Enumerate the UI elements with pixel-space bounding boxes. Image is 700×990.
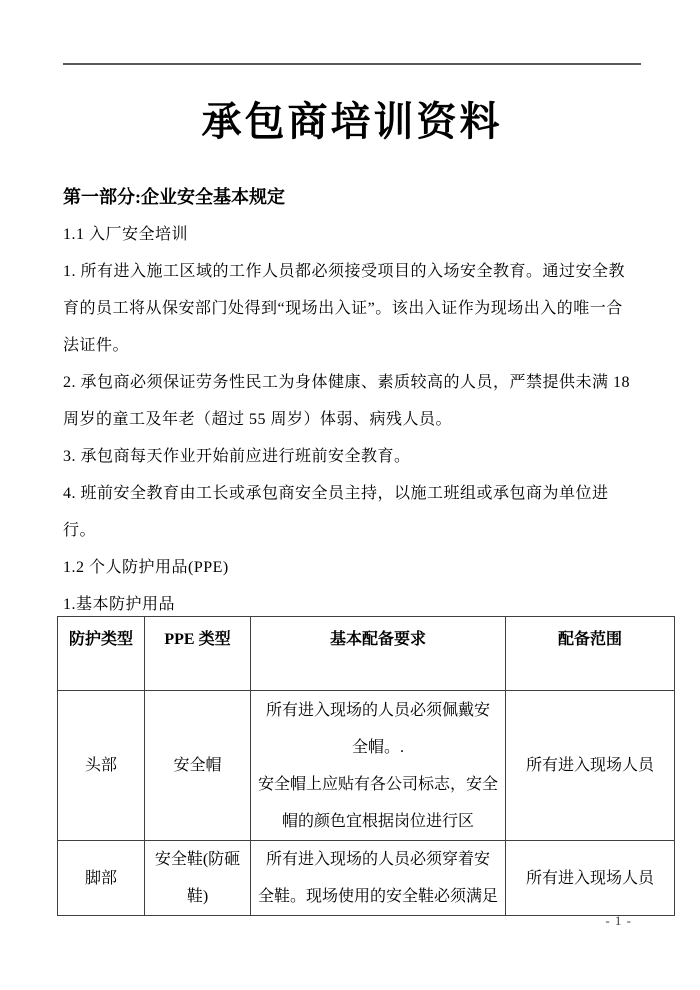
paragraph-entry-training-2: 2. 承包商必须保证劳务性民工为身体健康、素质较高的人员，严禁提供未满 18 周…: [63, 364, 641, 438]
table-cell-basic-requirements: 所有进入现场的人员必须佩戴安 全帽。. 安全帽上应贴有各公司标志，安全 帽的颜色…: [251, 691, 506, 841]
table-header-protection-type: 防护类型: [58, 617, 145, 691]
table-header-ppe-type: PPE 类型: [145, 617, 251, 691]
table-cell-protection-type: 脚部: [58, 841, 145, 916]
table-header-scope: 配备范围: [506, 617, 675, 691]
section-1-2-heading: 1.2 个人防护用品(PPE): [63, 549, 641, 586]
table-header-basic-requirements: 基本配备要求: [251, 617, 506, 691]
document-page: 承包商培训资料 第一部分:企业安全基本规定 1.1 入厂安全培训 1. 所有进入…: [0, 0, 700, 990]
table-cell-scope: 所有进入现场人员: [506, 841, 675, 916]
part1-heading: 第一部分:企业安全基本规定: [63, 179, 641, 216]
paragraph-entry-training-3: 3. 承包商每天作业开始前应进行班前安全教育。: [63, 438, 641, 475]
table-cell-protection-type: 头部: [58, 691, 145, 841]
document-title: 承包商培训资料: [63, 65, 641, 179]
table-cell-scope: 所有进入现场人员: [506, 691, 675, 841]
table-cell-ppe-type: 安全鞋(防砸 鞋): [145, 841, 251, 916]
ppe-table: 防护类型 PPE 类型 基本配备要求 配备范围 头部 安全帽 所有进入现场的人员…: [57, 616, 675, 916]
table-cell-basic-requirements: 所有进入现场的人员必须穿着安 全鞋。现场使用的安全鞋必须满足: [251, 841, 506, 916]
table-row-foot-protection: 脚部 安全鞋(防砸 鞋) 所有进入现场的人员必须穿着安 全鞋。现场使用的安全鞋必…: [58, 841, 675, 916]
ppe-table-header-row: 防护类型 PPE 类型 基本配备要求 配备范围: [58, 617, 675, 691]
table-row-head-protection: 头部 安全帽 所有进入现场的人员必须佩戴安 全帽。. 安全帽上应贴有各公司标志，…: [58, 691, 675, 841]
page-number: - 1 -: [605, 913, 632, 929]
table-cell-ppe-type: 安全帽: [145, 691, 251, 841]
paragraph-entry-training-1: 1. 所有进入施工区域的工作人员都必须接受项目的入场安全教育。通过安全教 育的员…: [63, 253, 641, 364]
paragraph-entry-training-4: 4. 班前安全教育由工长或承包商安全员主持，以施工班组或承包商为单位进行。: [63, 475, 641, 549]
section-1-1-heading: 1.1 入厂安全培训: [63, 216, 641, 253]
page-content: 承包商培训资料 第一部分:企业安全基本规定 1.1 入厂安全培训 1. 所有进入…: [0, 0, 700, 916]
